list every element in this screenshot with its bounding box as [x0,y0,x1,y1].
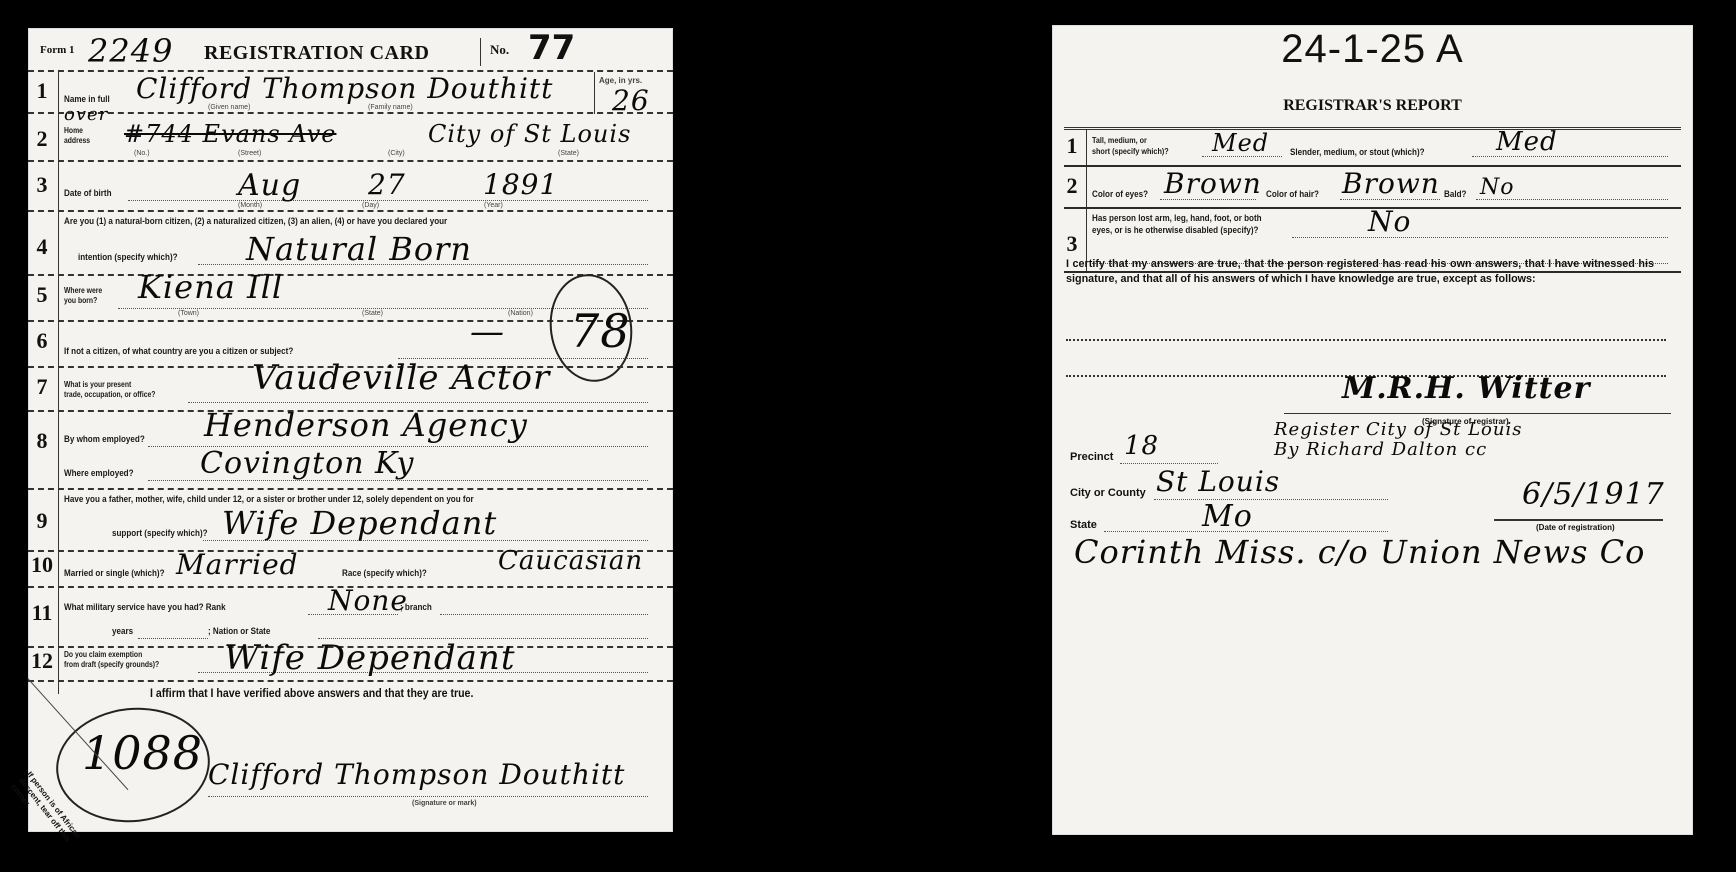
eye-color: Brown [1164,167,1262,200]
birth-year: 1891 [483,168,558,201]
serial-number-label: No. [490,42,509,58]
city-county: St Louis [1156,465,1280,498]
card-title: REGISTRATION CARD [204,42,429,65]
form-number: 2249 [88,32,173,70]
state: Mo [1202,499,1253,534]
home-address: City of St Louis [428,120,631,148]
disability: No [1368,205,1411,238]
citizenship: Natural Born [246,230,472,268]
marital-status: Married [176,548,299,581]
report-title: REGISTRAR'S REPORT [1052,97,1693,115]
employer: Henderson Agency [204,406,528,444]
precinct: 18 [1124,431,1159,461]
affirmation: I affirm that I have verified above answ… [150,688,473,700]
registrar-report-card: 24-1-25 A REGISTRAR'S REPORT 1 Tall, med… [1052,25,1693,835]
employment-location: Covington Ky [200,446,415,481]
registrar-note-line-2: By Richard Dalton cc [1274,439,1487,460]
birth-month: Aug [238,168,301,203]
registrant-signature: Clifford Thompson Douthitt [208,758,625,791]
row-number: 1 [28,78,56,104]
registration-card: Form 1 2249 REGISTRATION CARD No. 77 1 N… [28,28,673,832]
birth-day: 27 [368,168,406,201]
height-build: Med [1212,129,1269,157]
military-rank: None [328,584,408,617]
registration-date: 6/5/1917 [1522,477,1665,512]
registrar-signature: M.R.H. Witter [1342,371,1590,406]
race: Caucasian [498,546,643,576]
report-code: 24-1-25 A [1052,27,1693,72]
circled-number: 78 [570,304,631,358]
circled-serial: 1088 [82,726,203,780]
serial-number: 77 [528,28,575,68]
occupation: Vaudeville Actor [252,358,550,398]
hair-color: Brown [1342,167,1440,200]
dependents: Wife Dependant [222,504,497,542]
registrar-note-line-1: Register City of St Louis [1274,419,1522,440]
certification-text: I certify that my answers are true, that… [1066,257,1654,287]
birthplace: Kiena Ill [138,268,283,306]
exemption-claim: Wife Dependant [224,638,516,678]
handwritten-note: Corinth Miss. c/o Union News Co [1074,533,1645,571]
body-build: Med [1496,127,1558,157]
home-address-struck: #744 Evans Ave [124,120,336,148]
full-name: Clifford Thompson Douthitt [136,72,553,105]
form-label: Form 1 [40,44,75,56]
bald: No [1480,175,1515,200]
